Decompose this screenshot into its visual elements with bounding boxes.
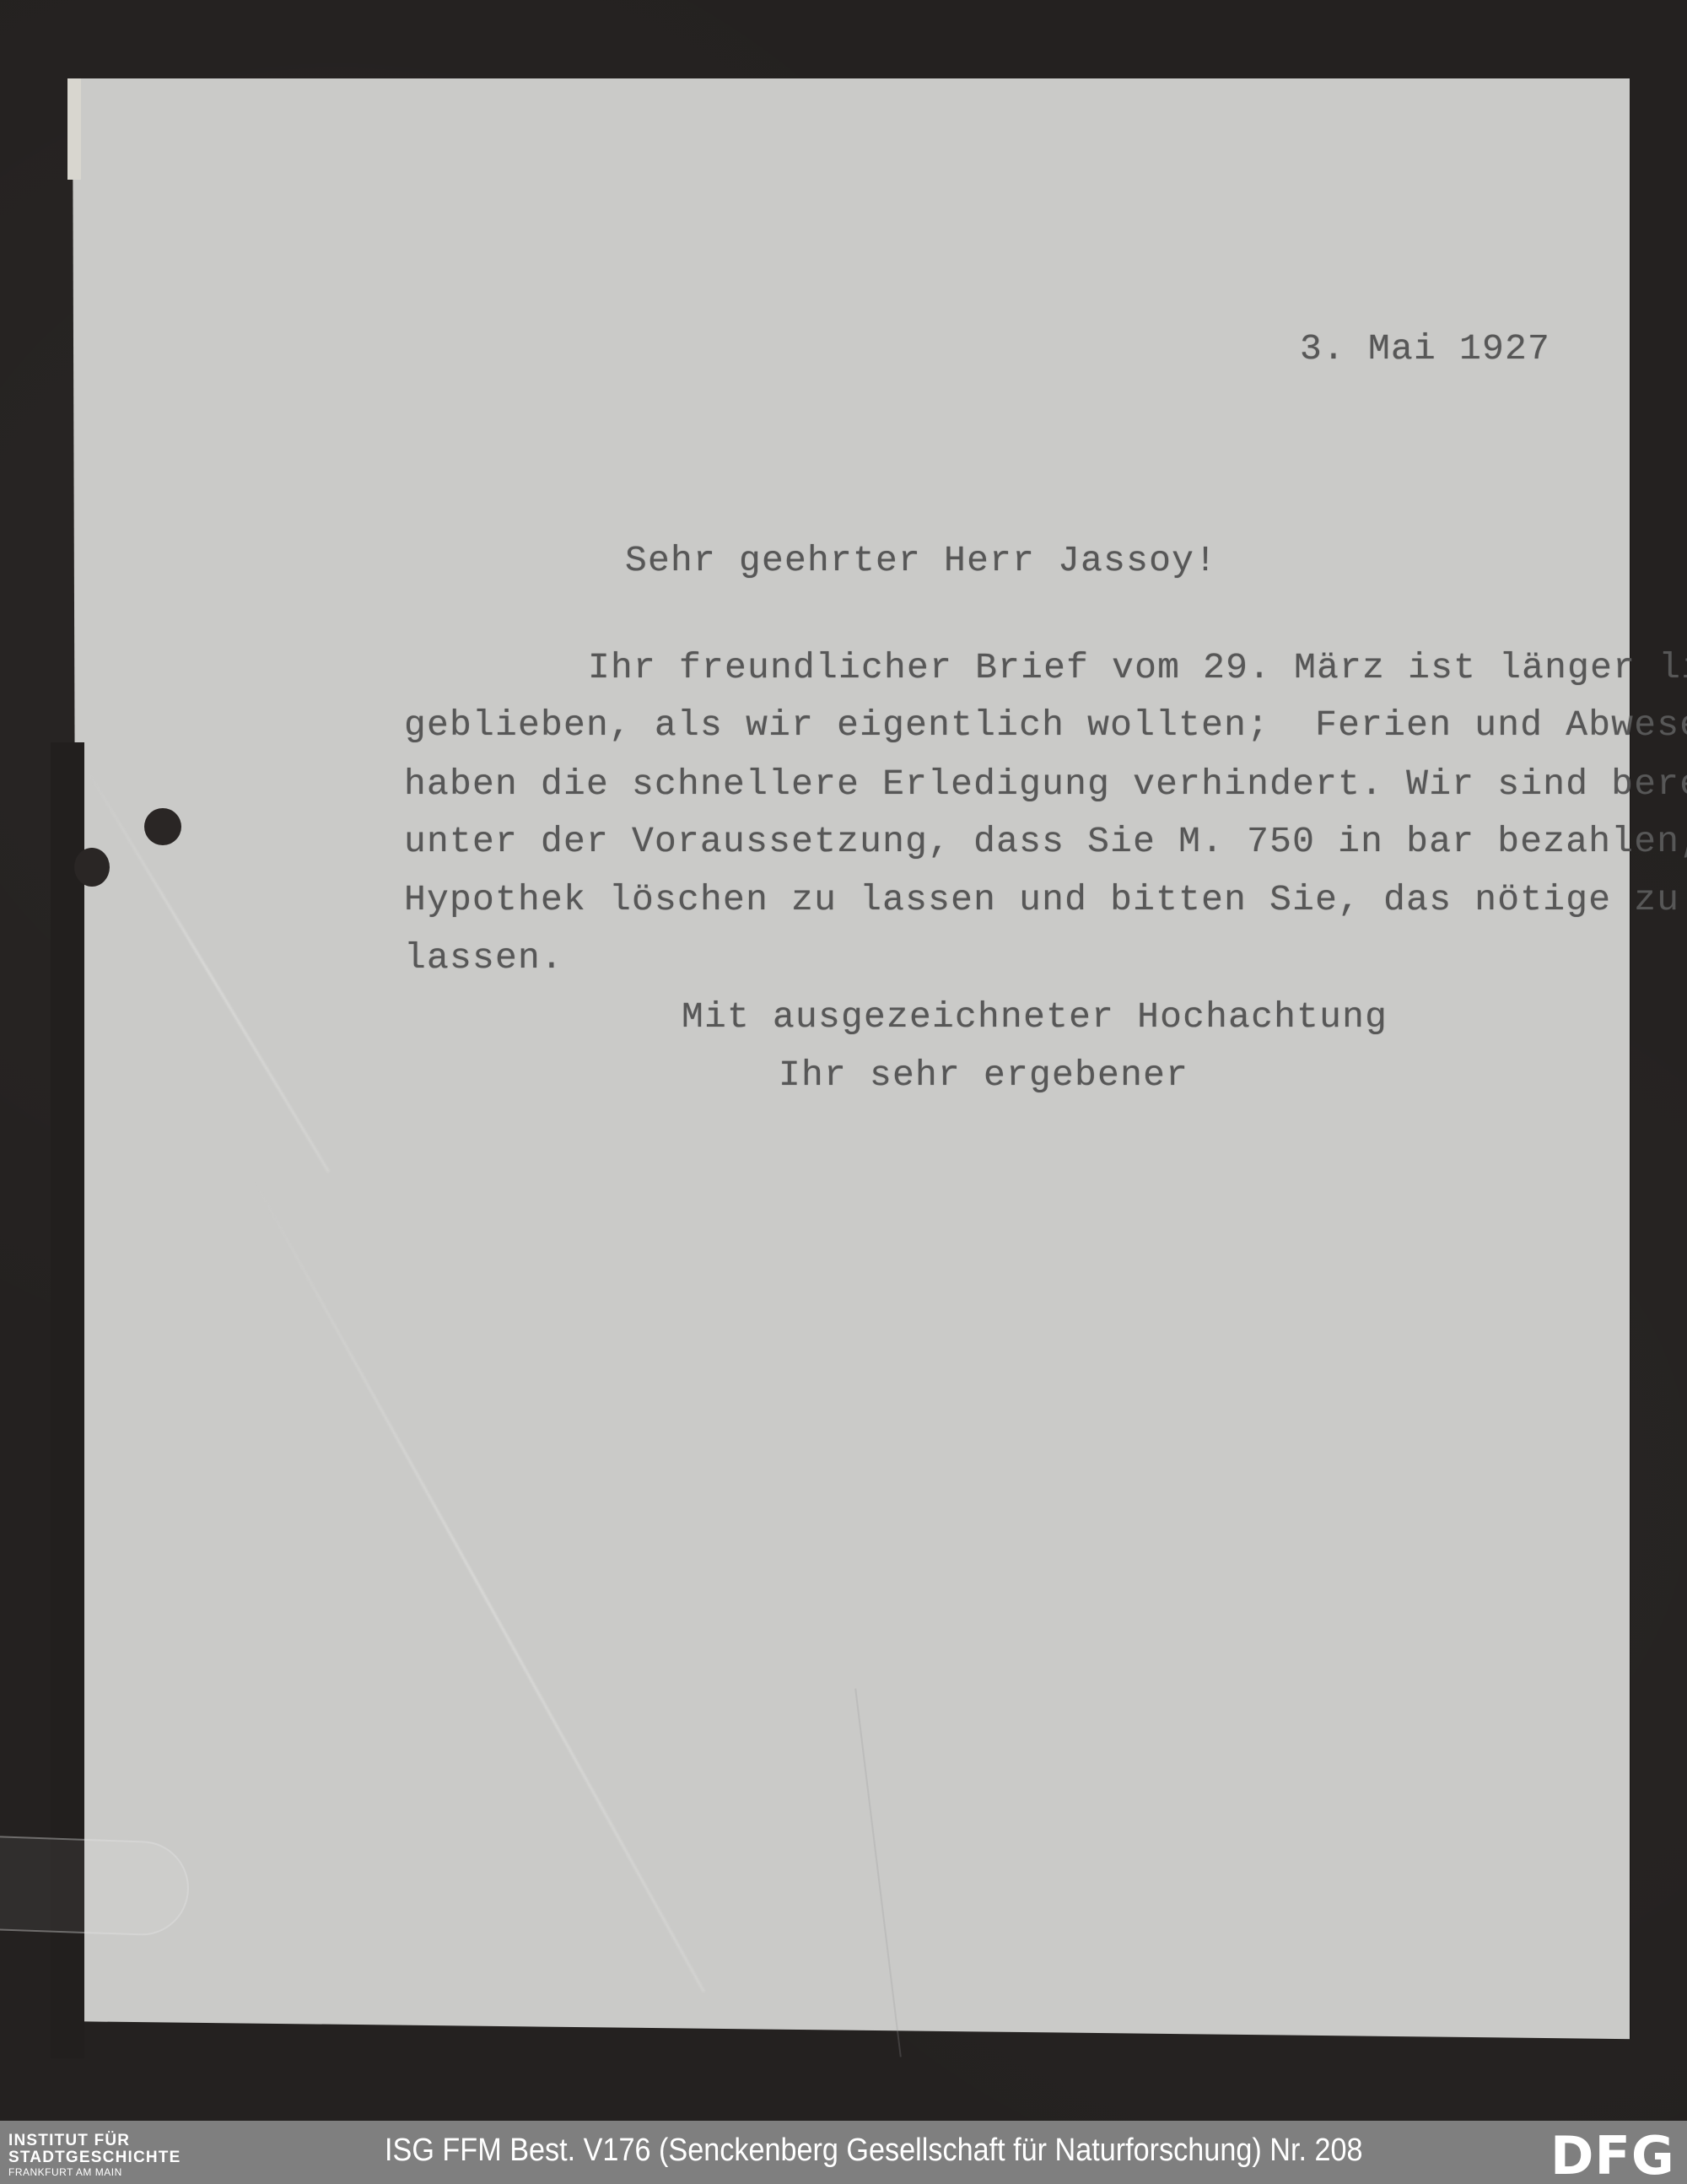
plastic-clip: [0, 1836, 191, 1937]
archive-caption: ISG FFM Best. V176 (Senckenberg Gesellsc…: [385, 2133, 1363, 2169]
punch-hole: [74, 848, 110, 887]
letter-salutation: Sehr geehrter Herr Jassoy!: [625, 542, 1217, 579]
body-line: haben die schnellere Erledigung verhinde…: [404, 766, 1687, 802]
punch-hole: [144, 808, 181, 845]
letter-date: 3. Mai 1927: [1300, 331, 1550, 367]
archive-footer-bar: INSTITUT FÜR STADTGESCHICHTE FRANKFURT A…: [0, 2121, 1687, 2184]
body-line: unter der Voraussetzung, dass Sie M. 750…: [404, 823, 1687, 860]
letter-signoff: Ihr sehr ergebener: [779, 1057, 1188, 1093]
institution-name-line2: STADTGESCHICHTE: [8, 2149, 181, 2165]
institution-logo: INSTITUT FÜR STADTGESCHICHTE FRANKFURT A…: [8, 2133, 181, 2177]
body-line: geblieben, als wir eigentlich wollten; F…: [404, 707, 1687, 743]
dfg-logo: DFG: [1550, 2130, 1675, 2182]
body-line: Ihr freundlicher Brief vom 29. März ist …: [588, 650, 1687, 686]
institution-name-line1: INSTITUT FÜR: [8, 2133, 181, 2149]
page-edge-strip: [67, 78, 81, 180]
institution-location: FRANKFURT AM MAIN: [8, 2167, 181, 2177]
body-line: lassen.: [404, 940, 563, 976]
letter-closing: Mit ausgezeichneter Hochachtung: [682, 999, 1388, 1035]
body-line: Hypothek löschen zu lassen und bitten Si…: [404, 882, 1687, 918]
